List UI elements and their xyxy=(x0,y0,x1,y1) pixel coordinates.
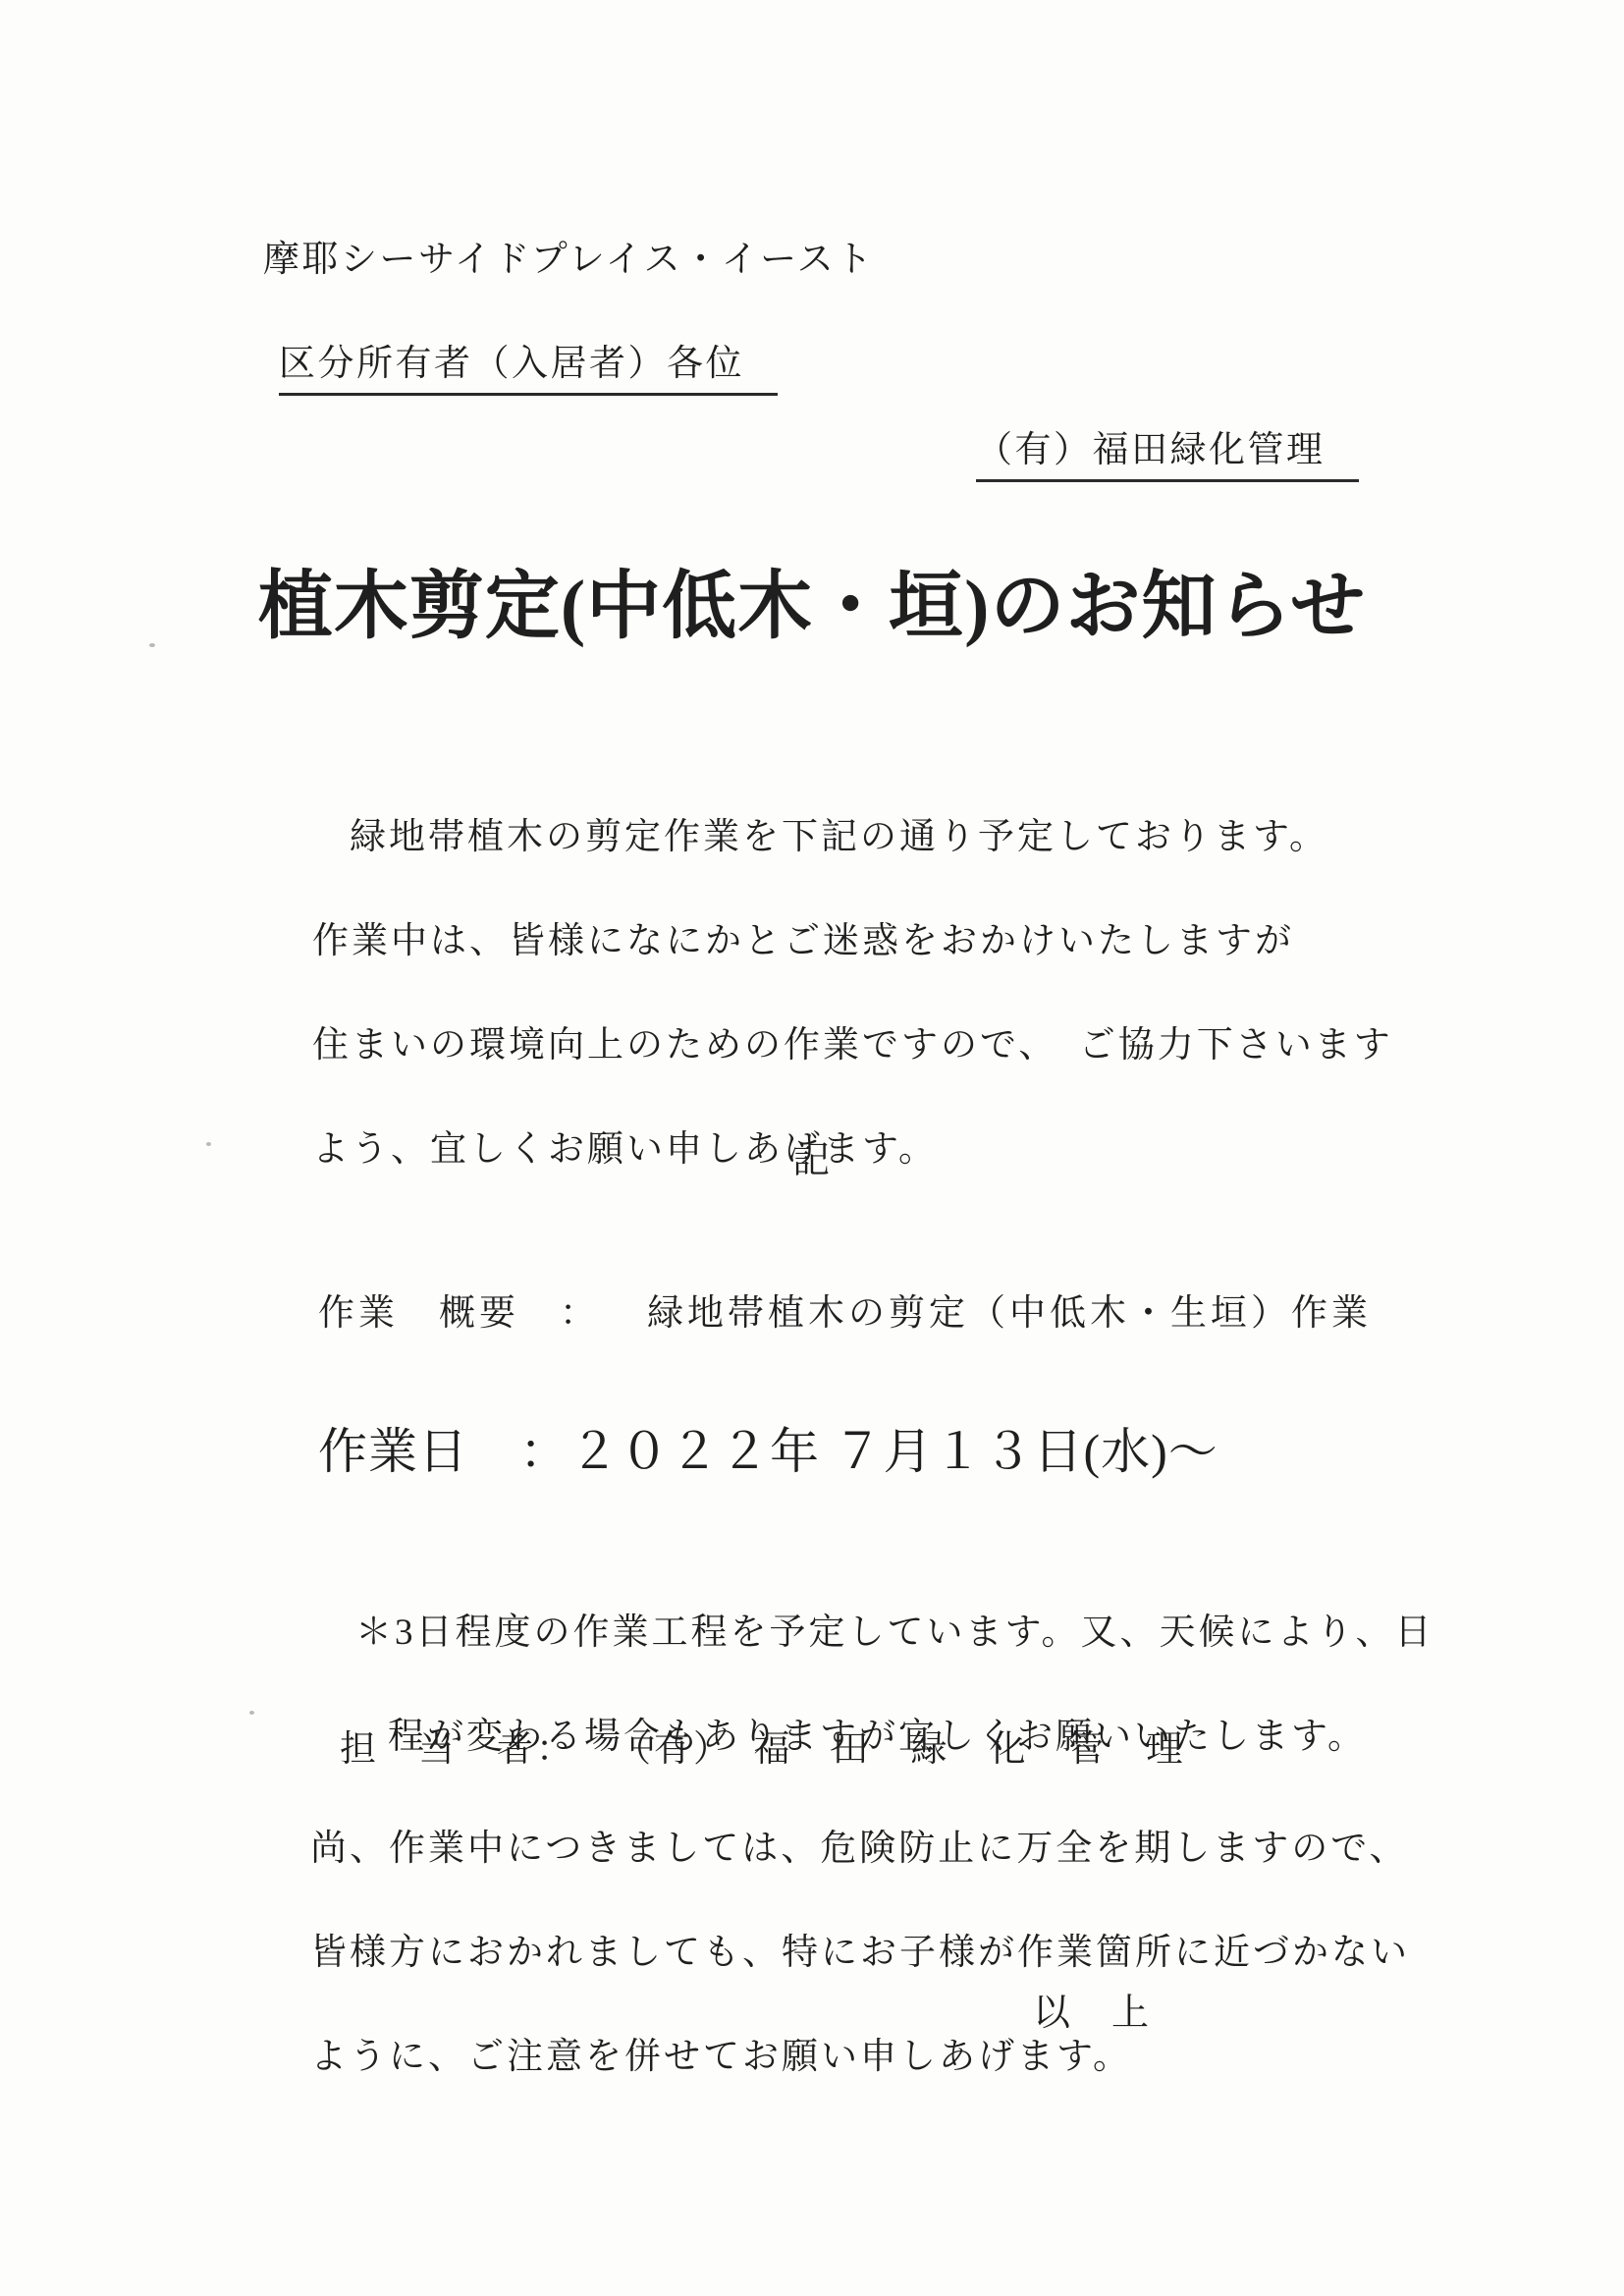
document-title: 植木剪定(中低木・垣)のお知らせ xyxy=(0,546,1624,653)
contact-value: （有） 福 田 緑 化 管 理 xyxy=(615,1719,1186,1772)
contact-label: 担 当 者： xyxy=(340,1719,575,1772)
work-date-label: 作業日 xyxy=(318,1412,468,1483)
scan-artifact xyxy=(206,1142,211,1146)
caution-line: 皆様方におかれましても、特にお子様が作業箇所に近づかない xyxy=(310,1919,1410,1988)
work-date-row: 作業日 ：２０２２年 ７月１３日(水)～ xyxy=(318,1412,1218,1483)
intro-line: 住まいの環境向上のための作業ですので、 ご協力下さいます xyxy=(312,1011,1393,1080)
scan-artifact xyxy=(249,1711,254,1715)
work-summary-label: 作業 概要 ： xyxy=(318,1283,600,1336)
scanned-notice-page: 摩耶シーサイドプレイス・イースト 区分所有者（入居者）各位 （有）福田緑化管理 … xyxy=(0,0,1624,2296)
recipient-building-name: 摩耶シーサイドプレイス・イースト xyxy=(263,239,875,282)
scan-artifact xyxy=(149,643,155,647)
caution-paragraph: 尚、作業中につきましては、危険防止に万全を期しますので、 皆様方におかれましても… xyxy=(310,1779,1410,2127)
record-marker: 記 xyxy=(0,1129,1624,1183)
work-summary-row: 作業 概要 ： 緑地帯植木の剪定（中低木・生垣）作業 xyxy=(318,1283,1372,1336)
work-summary-value: 緑地帯植木の剪定（中低木・生垣）作業 xyxy=(647,1283,1372,1336)
note-line: ＊3日程度の作業工程を予定しています。又、天候により、日 xyxy=(355,1599,1435,1667)
caution-line: 尚、作業中につきましては、危険防止に万全を期しますので、 xyxy=(310,1815,1410,1884)
intro-line: 作業中は、皆様になにかとご迷惑をおかけいたしますが xyxy=(312,907,1393,976)
sender-wrap: （有）福田緑化管理 xyxy=(960,411,1359,490)
caution-line: ように、ご注意を併せてお願い申しあげます。 xyxy=(310,2023,1410,2092)
recipient-addressee-wrap: 区分所有者（入居者）各位 xyxy=(263,325,778,404)
closing-mark: 以 上 xyxy=(1033,1982,1151,2036)
contact-row: 担 当 者： （有） 福 田 緑 化 管 理 xyxy=(340,1719,1186,1772)
work-date-value: ：２０２２年 ７月１３日(水)～ xyxy=(519,1412,1218,1483)
sender-company-name: （有）福田緑化管理 xyxy=(976,430,1359,482)
recipient-addressee: 区分所有者（入居者）各位 xyxy=(279,344,778,396)
intro-line: 緑地帯植木の剪定作業を下記の通り予定しております。 xyxy=(312,803,1393,872)
